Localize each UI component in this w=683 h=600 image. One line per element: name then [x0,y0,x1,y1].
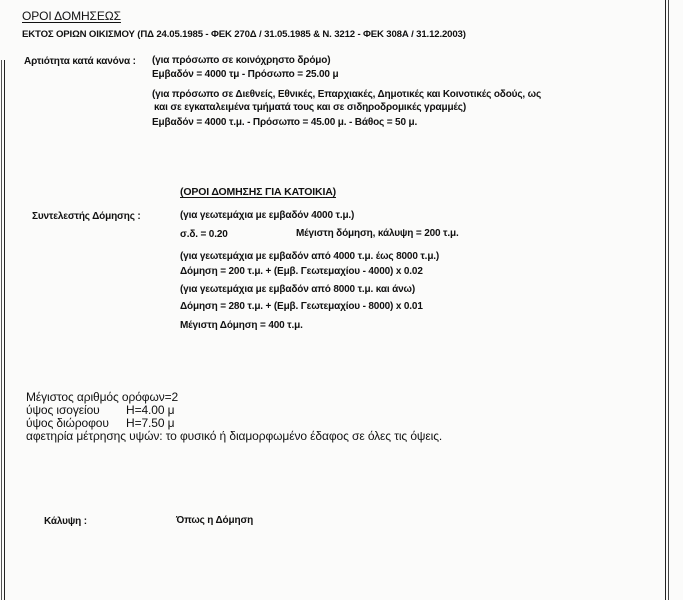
ground-height-value: Η=4.00 μ [126,403,174,417]
artiotita-label: Αρτιότητα κατά κανόνα : [24,56,136,68]
rule1-sd: σ.δ. = 0.20 [180,229,228,241]
max-floors: Μέγιστος αριθμός ορόφων=2 [26,390,178,404]
building-coefficient-label: Συντελεστής Δόμησης : [32,211,141,223]
rule3-formula: Δόμηση = 280 τ.μ. + (Εμβ. Γεωτεμαχίου - … [180,301,423,313]
height-reference: αφετηρία μέτρησης υψών: το φυσικό ή διαμ… [26,429,442,443]
document-subtitle: ΕΚΤΟΣ ΟΡΙΩΝ ΟΙΚΙΣΜΟΥ (ΠΔ 24.05.1985 - ΦΕ… [22,29,466,41]
rule2-formula: Δόμηση = 200 τ.μ. + (Εμβ. Γεωτεμαχίου - … [180,266,423,278]
artiotita-case2-note-1: (για πρόσωπο σε Διεθνείς, Εθνικές, Επαρχ… [152,89,541,101]
housing-terms-heading: (ΟΡΟΙ ΔΟΜΗΣΗΣ ΓΙΑ ΚΑΤΟΙΚΙΑ) [180,186,336,198]
document-title: ΟΡΟΙ ΔΟΜΗΣΕΩΣ [22,9,121,23]
ground-height-label: ύψος ισογείου [26,403,100,417]
two-storey-height-label: ύψος διώροφου [26,416,109,430]
left-border-line-inner [4,60,5,600]
rule1-max: Μέγιστη δόμηση, κάλυψη = 200 τ.μ. [296,228,459,240]
rule1-note: (για γεωτεμάχια με εμβαδόν 4000 τ.μ.) [180,210,354,222]
right-border-line [665,0,666,600]
left-border-line [1,60,2,600]
right-border-line-inner [668,0,669,600]
rule3-note: (για γεωτεμάχια με εμβαδόν από 8000 τ.μ.… [180,284,415,296]
scanned-document-page: ΟΡΟΙ ΔΟΜΗΣΕΩΣ ΕΚΤΟΣ ΟΡΙΩΝ ΟΙΚΙΣΜΟΥ (ΠΔ 2… [0,0,683,600]
artiotita-case2-note-2: και σε εγκαταλειμένα τμήματά τους και σε… [154,102,466,114]
two-storey-height-value: Η=7.50 μ [126,416,174,430]
coverage-value: Όπως η Δόμηση [176,515,253,527]
artiotita-case1-note: (για πρόσωπο σε κοινόχρηστο δρόμο) [152,55,330,67]
artiotita-case1-values: Εμβαδόν = 4000 τμ - Πρόσωπο = 25.00 μ [152,69,338,81]
artiotita-case2-values: Εμβαδόν = 4000 τ.μ. - Πρόσωπο = 45.00 μ.… [152,117,417,129]
rule2-note: (για γεωτεμάχια με εμβαδόν από 4000 τ.μ.… [180,251,439,263]
coverage-label: Κάλυψη : [44,516,87,528]
max-building: Μέγιστη Δόμηση = 400 τ.μ. [180,320,303,332]
